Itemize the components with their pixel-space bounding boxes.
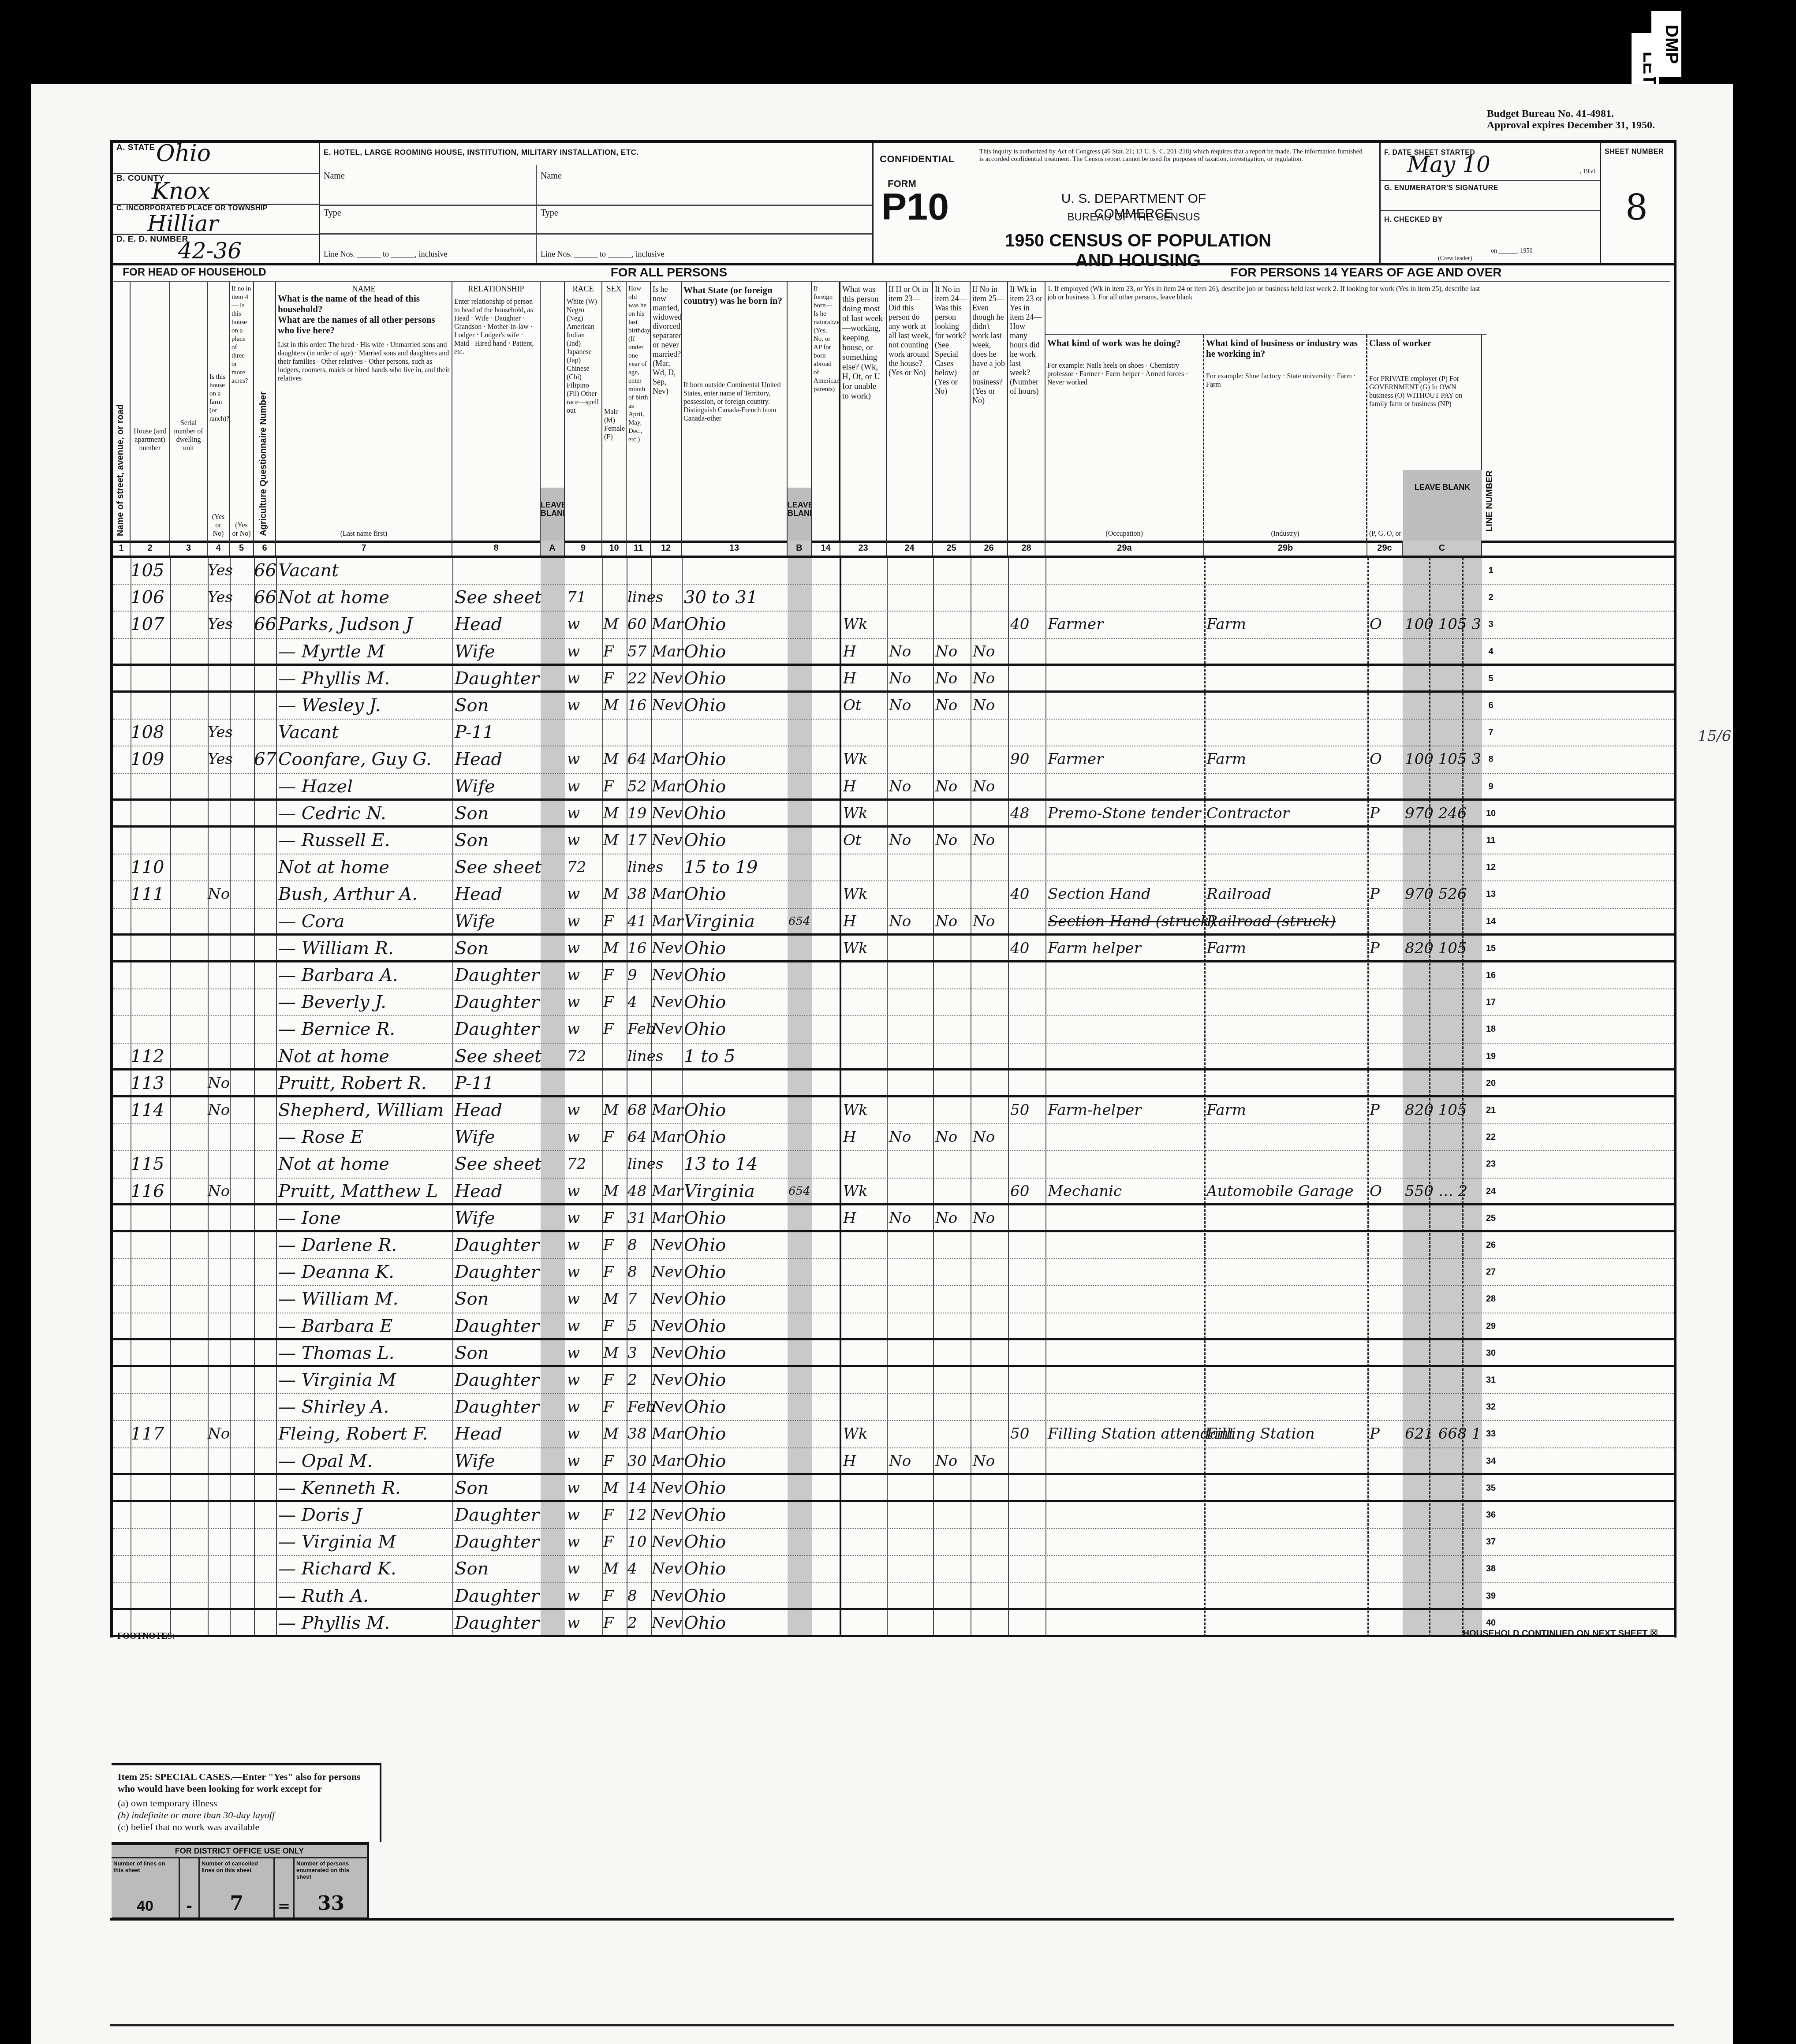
agri-number-cell[interactable] xyxy=(254,1448,276,1473)
activity-cell[interactable] xyxy=(843,1286,887,1312)
sheet-number-value[interactable]: 8 xyxy=(1625,187,1648,228)
has-job-cell[interactable] xyxy=(973,1421,1008,1447)
sex-cell[interactable]: F xyxy=(603,989,627,1015)
activity-cell[interactable] xyxy=(843,1502,887,1528)
worked-cell[interactable] xyxy=(889,936,933,960)
worked-cell[interactable]: No xyxy=(889,693,933,719)
birthplace-cell[interactable]: 30 to 31 xyxy=(684,585,788,611)
worked-cell[interactable]: No xyxy=(889,666,933,690)
activity-cell[interactable]: Wk xyxy=(843,1179,887,1203)
office-codes-cell[interactable] xyxy=(1405,774,1482,798)
worked-cell[interactable]: No xyxy=(889,1124,933,1150)
agri-number-cell[interactable] xyxy=(254,1259,276,1285)
race-cell[interactable]: w xyxy=(567,1556,602,1582)
farm-cell[interactable] xyxy=(208,774,230,798)
occupation-cell[interactable] xyxy=(1048,1448,1204,1473)
name-cell[interactable]: — Virginia M xyxy=(278,1529,452,1555)
industry-cell[interactable] xyxy=(1206,1394,1367,1420)
worked-cell[interactable] xyxy=(889,1583,933,1608)
age-cell[interactable]: 8 xyxy=(627,1232,651,1258)
age-cell[interactable]: 2 xyxy=(627,1367,651,1393)
name-cell[interactable]: — Hazel xyxy=(278,774,452,798)
name-cell[interactable]: — Thomas L. xyxy=(278,1340,452,1365)
industry-cell[interactable] xyxy=(1206,1151,1367,1177)
naturalized-cell[interactable] xyxy=(814,1044,840,1068)
table-row[interactable]: — Russell E.SonwM17NevOhioOtNoNoNo11 xyxy=(113,828,1674,854)
industry-cell[interactable] xyxy=(1206,639,1367,664)
farm-cell[interactable] xyxy=(208,1556,230,1582)
has-job-cell[interactable]: No xyxy=(973,666,1008,690)
birthplace-cell[interactable]: Ohio xyxy=(684,1313,788,1338)
name-cell[interactable]: Not at home xyxy=(278,1044,452,1068)
occupation-cell[interactable] xyxy=(1048,1151,1204,1177)
has-job-cell[interactable] xyxy=(973,881,1008,907)
agri-number-cell[interactable] xyxy=(254,1583,276,1608)
name-cell[interactable]: Not at home xyxy=(278,1151,452,1177)
worked-cell[interactable] xyxy=(889,612,933,638)
naturalized-cell[interactable] xyxy=(814,989,840,1015)
worked-cell[interactable]: No xyxy=(889,1205,933,1230)
table-row[interactable]: — Darlene R.DaughterwF8NevOhio26 xyxy=(113,1232,1674,1259)
table-row[interactable]: — Phyllis M.DaughterwF22NevOhioHNoNoNo5 xyxy=(113,666,1674,693)
sex-cell[interactable]: F xyxy=(603,1016,627,1042)
hours-cell[interactable] xyxy=(1010,1124,1045,1150)
race-cell[interactable]: w xyxy=(567,1367,602,1393)
birthplace-cell[interactable]: Ohio xyxy=(684,746,788,772)
hours-cell[interactable] xyxy=(1010,1610,1045,1635)
worked-cell[interactable] xyxy=(889,1151,933,1177)
house-number-cell[interactable]: 116 xyxy=(131,1179,170,1203)
farm-cell[interactable] xyxy=(208,989,230,1015)
farm-cell[interactable]: Yes xyxy=(208,612,230,638)
table-row[interactable]: — Barbara A.DaughterwF9NevOhio16 xyxy=(113,962,1674,989)
relationship-cell[interactable]: Daughter xyxy=(455,1232,541,1258)
table-row[interactable]: 117NoFleing, Robert F.HeadwM38MarOhioWk5… xyxy=(113,1421,1674,1448)
race-cell[interactable]: 71 xyxy=(567,585,602,611)
activity-cell[interactable]: H xyxy=(843,1124,887,1150)
class-cell[interactable]: P xyxy=(1370,1421,1403,1447)
marital-cell[interactable]: Nev xyxy=(652,1286,682,1312)
looking-cell[interactable] xyxy=(935,1070,971,1095)
race-cell[interactable]: w xyxy=(567,693,602,719)
sex-cell[interactable]: M xyxy=(603,1286,627,1312)
marital-cell[interactable] xyxy=(652,1070,682,1095)
name-cell[interactable]: Fleing, Robert F. xyxy=(278,1421,452,1447)
agri-number-cell[interactable] xyxy=(254,1151,276,1177)
marital-cell[interactable]: Mar xyxy=(652,612,682,638)
age-cell[interactable]: 64 xyxy=(627,1124,651,1150)
age-cell[interactable]: 4 xyxy=(627,989,651,1015)
has-job-cell[interactable]: No xyxy=(973,774,1008,798)
has-job-cell[interactable] xyxy=(973,989,1008,1015)
activity-cell[interactable] xyxy=(843,1340,887,1365)
class-cell[interactable] xyxy=(1370,1502,1403,1528)
relationship-cell[interactable]: Son xyxy=(455,936,541,960)
house-number-cell[interactable]: 113 xyxy=(131,1070,170,1095)
name-cell[interactable]: Vacant xyxy=(278,558,452,584)
looking-cell[interactable] xyxy=(935,720,971,746)
hours-cell[interactable] xyxy=(1010,1070,1045,1095)
birthplace-cell[interactable]: Ohio xyxy=(684,693,788,719)
office-codes-cell[interactable] xyxy=(1405,828,1482,854)
birthplace-cell[interactable]: Ohio xyxy=(684,801,788,825)
house-number-cell[interactable] xyxy=(131,801,170,825)
has-job-cell[interactable] xyxy=(973,1044,1008,1068)
agri-number-cell[interactable] xyxy=(254,1313,276,1338)
birthplace-cell[interactable]: 1 to 5 xyxy=(684,1044,788,1068)
office-codes-cell[interactable] xyxy=(1405,1340,1482,1365)
sex-cell[interactable]: F xyxy=(603,1448,627,1473)
table-row[interactable]: — William M.SonwM7NevOhio28 xyxy=(113,1286,1674,1313)
naturalized-cell[interactable] xyxy=(814,1421,840,1447)
race-cell[interactable]: w xyxy=(567,1259,602,1285)
name-cell[interactable]: — Phyllis M. xyxy=(278,1610,452,1635)
age-cell[interactable]: 4 xyxy=(627,1556,651,1582)
worked-cell[interactable] xyxy=(889,854,933,880)
has-job-cell[interactable]: No xyxy=(973,639,1008,664)
office-codes-cell[interactable] xyxy=(1405,854,1482,880)
worked-cell[interactable] xyxy=(889,720,933,746)
industry-cell[interactable] xyxy=(1206,558,1367,584)
has-job-cell[interactable]: No xyxy=(973,1205,1008,1230)
activity-cell[interactable] xyxy=(843,1070,887,1095)
farm-cell[interactable] xyxy=(208,666,230,690)
hours-cell[interactable] xyxy=(1010,1367,1045,1393)
farm-cell[interactable]: No xyxy=(208,1070,230,1095)
industry-cell[interactable]: Contractor xyxy=(1206,801,1367,825)
house-number-cell[interactable]: 115 xyxy=(131,1151,170,1177)
looking-cell[interactable] xyxy=(935,1179,971,1203)
occupation-cell[interactable] xyxy=(1048,1394,1204,1420)
looking-cell[interactable] xyxy=(935,801,971,825)
birthplace-cell[interactable] xyxy=(684,720,788,746)
class-cell[interactable]: P xyxy=(1370,881,1403,907)
worked-cell[interactable] xyxy=(889,962,933,988)
house-number-cell[interactable] xyxy=(131,1340,170,1365)
table-row[interactable]: 105Yes66Vacant1 xyxy=(113,558,1674,585)
hours-cell[interactable] xyxy=(1010,693,1045,719)
class-cell[interactable] xyxy=(1370,1394,1403,1420)
relationship-cell[interactable]: Wife xyxy=(455,1448,541,1473)
race-cell[interactable]: w xyxy=(567,1583,602,1608)
activity-cell[interactable]: H xyxy=(843,1205,887,1230)
agri-number-cell[interactable] xyxy=(254,1097,276,1123)
table-row[interactable]: 112Not at homeSee sheet72lines1 to 519 xyxy=(113,1044,1674,1070)
hours-cell[interactable] xyxy=(1010,1340,1045,1365)
age-cell[interactable]: 12 xyxy=(627,1502,651,1528)
naturalized-cell[interactable] xyxy=(814,881,840,907)
farm-cell[interactable] xyxy=(208,1448,230,1473)
marital-cell[interactable]: Mar xyxy=(652,1124,682,1150)
hours-cell[interactable] xyxy=(1010,720,1045,746)
sex-cell[interactable]: M xyxy=(603,881,627,907)
age-cell[interactable]: 57 xyxy=(627,639,651,664)
age-cell[interactable]: 7 xyxy=(627,1286,651,1312)
house-number-cell[interactable] xyxy=(131,639,170,664)
house-number-cell[interactable]: 111 xyxy=(131,881,170,907)
relationship-cell[interactable]: Wife xyxy=(455,774,541,798)
occupation-cell[interactable]: Farmer xyxy=(1048,612,1204,638)
agri-number-cell[interactable]: 66 xyxy=(254,612,276,638)
office-codes-cell[interactable] xyxy=(1405,1556,1482,1582)
agri-number-cell[interactable] xyxy=(254,774,276,798)
age-cell[interactable]: 41 xyxy=(627,909,651,933)
hours-cell[interactable] xyxy=(1010,1556,1045,1582)
hours-cell[interactable]: 50 xyxy=(1010,1097,1045,1123)
activity-cell[interactable]: H xyxy=(843,1448,887,1473)
looking-cell[interactable] xyxy=(935,1475,971,1500)
sex-cell[interactable]: M xyxy=(603,1475,627,1500)
has-job-cell[interactable] xyxy=(973,746,1008,772)
occupation-cell[interactable] xyxy=(1048,1205,1204,1230)
hours-cell[interactable] xyxy=(1010,1259,1045,1285)
office-codes-cell[interactable]: 970 246 xyxy=(1405,801,1482,825)
occupation-cell[interactable] xyxy=(1048,1016,1204,1042)
marital-cell[interactable]: Nev xyxy=(652,1394,682,1420)
activity-cell[interactable] xyxy=(843,558,887,584)
age-cell[interactable]: 9 xyxy=(627,962,651,988)
industry-cell[interactable] xyxy=(1206,1070,1367,1095)
looking-cell[interactable] xyxy=(935,1529,971,1555)
class-cell[interactable] xyxy=(1370,1286,1403,1312)
looking-cell[interactable] xyxy=(935,1151,971,1177)
looking-cell[interactable] xyxy=(935,1583,971,1608)
agri-number-cell[interactable] xyxy=(254,801,276,825)
hours-cell[interactable] xyxy=(1010,1151,1045,1177)
industry-cell[interactable]: Automobile Garage xyxy=(1206,1179,1367,1203)
industry-cell[interactable] xyxy=(1206,828,1367,854)
naturalized-cell[interactable] xyxy=(814,558,840,584)
age-cell[interactable]: 17 xyxy=(627,828,651,854)
race-cell[interactable]: w xyxy=(567,1502,602,1528)
birthplace-cell[interactable]: Ohio xyxy=(684,1205,788,1230)
table-row[interactable]: — Deanna K.DaughterwF8NevOhio27 xyxy=(113,1259,1674,1286)
sex-cell[interactable]: M xyxy=(603,693,627,719)
hours-cell[interactable] xyxy=(1010,909,1045,933)
age-cell[interactable]: lines xyxy=(627,854,651,880)
looking-cell[interactable]: No xyxy=(935,828,971,854)
looking-cell[interactable] xyxy=(935,1502,971,1528)
office-codes-cell[interactable] xyxy=(1405,666,1482,690)
industry-cell[interactable]: Filling Station xyxy=(1206,1421,1367,1447)
sex-cell[interactable] xyxy=(603,1070,627,1095)
class-cell[interactable] xyxy=(1370,1340,1403,1365)
class-cell[interactable] xyxy=(1370,1124,1403,1150)
has-job-cell[interactable] xyxy=(973,720,1008,746)
class-cell[interactable] xyxy=(1370,1205,1403,1230)
table-row[interactable]: — Phyllis M.DaughterwF2NevOhio40 xyxy=(113,1610,1674,1637)
industry-cell[interactable] xyxy=(1206,1259,1367,1285)
birthplace-cell[interactable]: Ohio xyxy=(684,1502,788,1528)
occupation-cell[interactable] xyxy=(1048,1583,1204,1608)
occupation-cell[interactable] xyxy=(1048,962,1204,988)
activity-cell[interactable] xyxy=(843,1232,887,1258)
hours-cell[interactable] xyxy=(1010,1448,1045,1473)
naturalized-cell[interactable] xyxy=(814,1286,840,1312)
marital-cell[interactable]: Mar xyxy=(652,774,682,798)
industry-cell[interactable] xyxy=(1206,1475,1367,1500)
office-codes-cell[interactable] xyxy=(1405,639,1482,664)
worked-cell[interactable] xyxy=(889,1016,933,1042)
agri-number-cell[interactable] xyxy=(254,1394,276,1420)
race-cell[interactable] xyxy=(567,720,602,746)
worked-cell[interactable] xyxy=(889,1259,933,1285)
hours-cell[interactable] xyxy=(1010,1016,1045,1042)
age-cell[interactable]: 48 xyxy=(627,1179,651,1203)
naturalized-cell[interactable] xyxy=(814,801,840,825)
table-row[interactable]: — Myrtle MWifewF57MarOhioHNoNoNo4 xyxy=(113,639,1674,666)
activity-cell[interactable] xyxy=(843,989,887,1015)
class-cell[interactable] xyxy=(1370,666,1403,690)
name-cell[interactable]: — Shirley A. xyxy=(278,1394,452,1420)
occupation-cell[interactable] xyxy=(1048,828,1204,854)
farm-cell[interactable] xyxy=(208,1205,230,1230)
occupation-cell[interactable] xyxy=(1048,989,1204,1015)
worked-cell[interactable] xyxy=(889,1286,933,1312)
house-number-cell[interactable] xyxy=(131,1313,170,1338)
table-row[interactable]: — Beverly J.DaughterwF4NevOhio17 xyxy=(113,989,1674,1016)
hours-cell[interactable] xyxy=(1010,639,1045,664)
has-job-cell[interactable] xyxy=(973,1016,1008,1042)
house-number-cell[interactable] xyxy=(131,1475,170,1500)
marital-cell[interactable]: Nev xyxy=(652,1313,682,1338)
county-field[interactable]: b. COUNTY Knox xyxy=(116,174,319,204)
class-cell[interactable] xyxy=(1370,1151,1403,1177)
has-job-cell[interactable] xyxy=(973,1367,1008,1393)
naturalized-cell[interactable] xyxy=(814,774,840,798)
name-cell[interactable]: — Rose E xyxy=(278,1124,452,1150)
has-job-cell[interactable] xyxy=(973,1502,1008,1528)
table-row[interactable]: — Rose EWifewF64MarOhioHNoNoNo22 xyxy=(113,1124,1674,1151)
agri-number-cell[interactable] xyxy=(254,1016,276,1042)
agri-number-cell[interactable] xyxy=(254,854,276,880)
table-row[interactable]: 114NoShepherd, WilliamHeadwM68MarOhioWk5… xyxy=(113,1097,1674,1124)
house-number-cell[interactable] xyxy=(131,693,170,719)
date-started-value[interactable]: May 10 xyxy=(1407,152,1490,177)
naturalized-cell[interactable] xyxy=(814,909,840,933)
hours-cell[interactable] xyxy=(1010,1232,1045,1258)
ed-number-field[interactable]: d. E. D. NUMBER 42-36 xyxy=(116,235,319,263)
table-row[interactable]: 107Yes66Parks, Judson JHeadwM60MarOhioWk… xyxy=(113,612,1674,638)
farm-cell[interactable] xyxy=(208,1529,230,1555)
hours-cell[interactable] xyxy=(1010,1286,1045,1312)
relationship-cell[interactable]: Son xyxy=(455,693,541,719)
occupation-cell[interactable]: Farmer xyxy=(1048,746,1204,772)
worked-cell[interactable] xyxy=(889,989,933,1015)
office-codes-cell[interactable] xyxy=(1405,909,1482,933)
race-cell[interactable]: w xyxy=(567,801,602,825)
naturalized-cell[interactable] xyxy=(814,1070,840,1095)
sex-cell[interactable]: M xyxy=(603,612,627,638)
farm-cell[interactable] xyxy=(208,801,230,825)
worked-cell[interactable] xyxy=(889,1232,933,1258)
marital-cell[interactable] xyxy=(652,1151,682,1177)
looking-cell[interactable]: No xyxy=(935,1205,971,1230)
sex-cell[interactable]: F xyxy=(603,639,627,664)
naturalized-cell[interactable] xyxy=(814,1124,840,1150)
farm-cell[interactable] xyxy=(208,854,230,880)
relationship-cell[interactable]: Son xyxy=(455,801,541,825)
marital-cell[interactable] xyxy=(652,1044,682,1068)
house-number-cell[interactable] xyxy=(131,1232,170,1258)
table-row[interactable]: 111NoBush, Arthur A.HeadwM38MarOhioWk40S… xyxy=(113,881,1674,908)
farm-cell[interactable] xyxy=(208,1502,230,1528)
activity-cell[interactable] xyxy=(843,854,887,880)
name-cell[interactable]: — Cedric N. xyxy=(278,801,452,825)
naturalized-cell[interactable] xyxy=(814,1529,840,1555)
marital-cell[interactable]: Mar xyxy=(652,1421,682,1447)
relationship-cell[interactable]: Daughter xyxy=(455,1502,541,1528)
age-cell[interactable]: 16 xyxy=(627,936,651,960)
relationship-cell[interactable]: Son xyxy=(455,828,541,854)
activity-cell[interactable] xyxy=(843,1475,887,1500)
class-cell[interactable] xyxy=(1370,720,1403,746)
industry-cell[interactable] xyxy=(1206,720,1367,746)
marital-cell[interactable] xyxy=(652,585,682,611)
race-cell[interactable]: w xyxy=(567,936,602,960)
race-cell[interactable]: w xyxy=(567,1529,602,1555)
name-cell[interactable]: Shepherd, William xyxy=(278,1097,452,1123)
has-job-cell[interactable]: No xyxy=(973,1448,1008,1473)
house-number-cell[interactable] xyxy=(131,1448,170,1473)
relationship-cell[interactable]: Wife xyxy=(455,1124,541,1150)
age-cell[interactable]: 2 xyxy=(627,1610,651,1635)
occupation-cell[interactable] xyxy=(1048,1286,1204,1312)
marital-cell[interactable]: Nev xyxy=(652,828,682,854)
looking-cell[interactable] xyxy=(935,558,971,584)
office-codes-cell[interactable] xyxy=(1405,720,1482,746)
farm-cell[interactable]: Yes xyxy=(208,746,230,772)
marital-cell[interactable]: Nev xyxy=(652,936,682,960)
activity-cell[interactable] xyxy=(843,1529,887,1555)
occupation-cell[interactable] xyxy=(1048,1475,1204,1500)
birthplace-cell[interactable]: 13 to 14 xyxy=(684,1151,788,1177)
industry-cell[interactable] xyxy=(1206,1448,1367,1473)
agri-number-cell[interactable] xyxy=(254,1502,276,1528)
relationship-cell[interactable]: See sheet xyxy=(455,1151,541,1177)
occupation-cell[interactable] xyxy=(1048,1340,1204,1365)
name-cell[interactable]: Bush, Arthur A. xyxy=(278,881,452,907)
looking-cell[interactable] xyxy=(935,1044,971,1068)
house-number-cell[interactable] xyxy=(131,1259,170,1285)
industry-cell[interactable] xyxy=(1206,989,1367,1015)
name-cell[interactable]: — Barbara A. xyxy=(278,962,452,988)
farm-cell[interactable]: Yes xyxy=(208,558,230,584)
class-cell[interactable] xyxy=(1370,1016,1403,1042)
looking-cell[interactable]: No xyxy=(935,693,971,719)
looking-cell[interactable] xyxy=(935,1313,971,1338)
occupation-cell[interactable] xyxy=(1048,666,1204,690)
marital-cell[interactable]: Mar xyxy=(652,1205,682,1230)
race-cell[interactable]: 72 xyxy=(567,1151,602,1177)
naturalized-cell[interactable] xyxy=(814,1097,840,1123)
age-cell[interactable]: Feb xyxy=(627,1016,651,1042)
office-codes-cell[interactable] xyxy=(1405,1044,1482,1068)
office-codes-cell[interactable] xyxy=(1405,1313,1482,1338)
industry-cell[interactable] xyxy=(1206,1044,1367,1068)
sex-cell[interactable]: F xyxy=(603,1610,627,1635)
checkbox-icon[interactable]: ☒ xyxy=(1650,1629,1658,1638)
name-cell[interactable]: — William M. xyxy=(278,1286,452,1312)
occupation-cell[interactable] xyxy=(1048,1232,1204,1258)
table-row[interactable]: — Cedric N.SonwM19NevOhioWk48Premo-Stone… xyxy=(113,801,1674,828)
naturalized-cell[interactable] xyxy=(814,936,840,960)
house-number-cell[interactable]: 114 xyxy=(131,1097,170,1123)
office-codes-cell[interactable] xyxy=(1405,1151,1482,1177)
looking-cell[interactable]: No xyxy=(935,774,971,798)
farm-cell[interactable]: Yes xyxy=(208,720,230,746)
table-row[interactable]: 106Yes66Not at homeSee sheet71lines30 to… xyxy=(113,585,1674,612)
